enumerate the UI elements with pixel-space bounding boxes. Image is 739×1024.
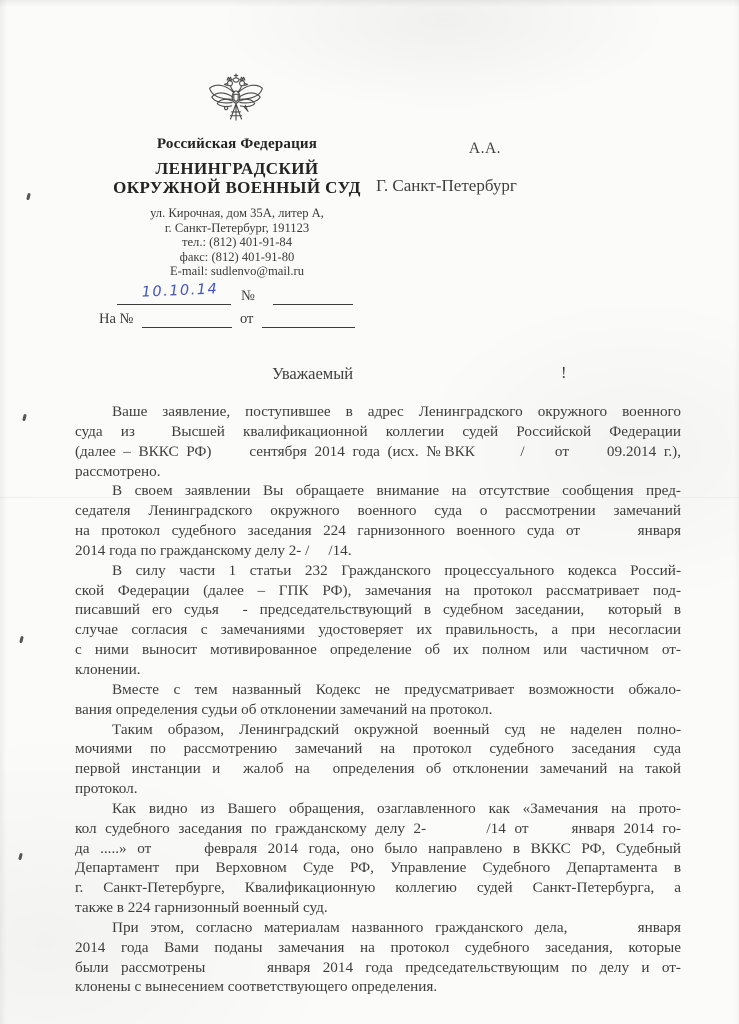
address-city: г. Санкт-Петербург, 191123 bbox=[84, 221, 390, 236]
text-line: случае согласия с замечаниями удостоверя… bbox=[75, 620, 681, 640]
text-line: Как видно из Вашего обращения, озаглавле… bbox=[75, 799, 681, 819]
text-line: также в 224 гарнизонный военный суд. bbox=[75, 898, 681, 918]
scan-artifact bbox=[18, 853, 22, 860]
country-name: Российская Федерация bbox=[84, 136, 390, 153]
text-line: мочиями по рассмотрению замечаний на про… bbox=[75, 739, 681, 759]
text-line: Департамент при Верховном Суде РФ, Управ… bbox=[75, 858, 681, 878]
text-line: Таким образом, Ленинградский окружной во… bbox=[75, 720, 681, 740]
court-name: ЛЕНИНГРАДСКИЙ ОКРУЖНОЙ ВОЕННЫЙ СУД bbox=[84, 159, 390, 197]
text-line: протокол. bbox=[75, 779, 681, 799]
text-line: были рассмотрены января 2014 года предсе… bbox=[75, 958, 681, 978]
paragraph: Таким образом, Ленинградский окружной во… bbox=[75, 720, 681, 799]
scanned-letter-page: Российская Федерация ЛЕНИНГРАДСКИЙ ОКРУЖ… bbox=[0, 0, 739, 1024]
text-line: кол судебного заседания по гражданскому … bbox=[75, 819, 681, 839]
text-line: (далее – ВККС РФ) сентября 2014 года (ис… bbox=[75, 442, 681, 462]
paragraph: При этом, согласно материалам названного… bbox=[75, 918, 681, 997]
text-line: 2014 года по гражданскому делу 2- / /14. bbox=[75, 541, 681, 561]
letterhead: Российская Федерация ЛЕНИНГРАДСКИЙ ОКРУЖ… bbox=[84, 136, 390, 279]
paragraph: В своем заявлении Вы обращаете внимание … bbox=[75, 481, 681, 560]
text-line: писавший его судья - председательствующи… bbox=[75, 600, 681, 620]
text-line: 2014 года Вами поданы замечания на прото… bbox=[75, 938, 681, 958]
blank-number-line bbox=[273, 304, 353, 305]
text-line: В силу части 1 статьи 232 Гражданского п… bbox=[75, 561, 681, 581]
text-line: да .....» от февраля 2014 года, оно было… bbox=[75, 839, 681, 859]
text-line: В своем заявлении Вы обращаете внимание … bbox=[75, 481, 681, 501]
addressee-city: Г. Санкт-Петербург bbox=[376, 176, 517, 196]
text-line: Ваше заявление, поступившее в адрес Лени… bbox=[75, 402, 681, 422]
address-fax: факс: (812) 401-91-80 bbox=[84, 250, 390, 265]
text-line: суда из Высшей квалификационной коллегии… bbox=[75, 422, 681, 442]
text-line: первой инстанции и жалоб на определения … bbox=[75, 759, 681, 779]
blank-date-line bbox=[117, 304, 231, 305]
text-line: Вместе с тем названный Кодекс не предусм… bbox=[75, 680, 681, 700]
text-line: с ними выносит мотивированное определени… bbox=[75, 640, 681, 660]
text-line: рассмотрено. bbox=[75, 462, 681, 482]
scan-artifact bbox=[22, 414, 26, 421]
addressee-initials: А.А. bbox=[430, 140, 540, 158]
handwritten-date: 10.10.14 bbox=[128, 281, 233, 302]
salutation: Уважаемый bbox=[272, 364, 353, 384]
paper-crease bbox=[0, 497, 739, 498]
text-line: При этом, согласно материалам названного… bbox=[75, 918, 681, 938]
text-line: клонены с вынесением соответствующего оп… bbox=[75, 977, 681, 997]
paragraph: Ваше заявление, поступившее в адрес Лени… bbox=[75, 402, 681, 481]
salutation-punctuation: ! bbox=[561, 363, 567, 383]
text-line: вания определения судьи об отклонении за… bbox=[75, 700, 681, 720]
number-sign-label: № bbox=[241, 288, 255, 305]
court-name-line2: ОКРУЖНОЙ ВОЕННЫЙ СУД bbox=[84, 178, 390, 197]
address-phone: тел.: (812) 401-91-84 bbox=[84, 235, 390, 250]
court-address-block: ул. Кирочная, дом 35А, литер А, г. Санкт… bbox=[84, 206, 390, 279]
blank-reply-number-line bbox=[142, 327, 232, 328]
paragraph: В силу части 1 статьи 232 Гражданского п… bbox=[75, 561, 681, 680]
text-line: клонении. bbox=[75, 660, 681, 680]
text-line: седателя Ленинградского окружного военно… bbox=[75, 501, 681, 521]
text-line: г. Санкт-Петербурге, Квалификационную ко… bbox=[75, 878, 681, 898]
paragraph: Вместе с тем названный Кодекс не предусм… bbox=[75, 680, 681, 720]
russia-coat-of-arms-icon bbox=[203, 66, 269, 138]
body-text: Ваше заявление, поступившее в адрес Лени… bbox=[75, 402, 681, 997]
court-name-line1: ЛЕНИНГРАДСКИЙ bbox=[84, 159, 390, 178]
scan-artifact bbox=[26, 193, 30, 200]
reply-to-label: На № bbox=[99, 311, 133, 328]
address-street: ул. Кирочная, дом 35А, литер А, bbox=[84, 206, 390, 221]
paragraph: Как видно из Вашего обращения, озаглавле… bbox=[75, 799, 681, 918]
text-line: ской Федерации (далее – ГПК РФ), замечан… bbox=[75, 581, 681, 601]
address-email: E-mail: sudlenvo@mail.ru bbox=[84, 264, 390, 279]
blank-reply-date-line bbox=[262, 327, 355, 328]
scan-artifact bbox=[19, 636, 23, 643]
text-line: на протокол судебного заседания 224 гарн… bbox=[75, 521, 681, 541]
reply-from-label: от bbox=[240, 311, 253, 328]
